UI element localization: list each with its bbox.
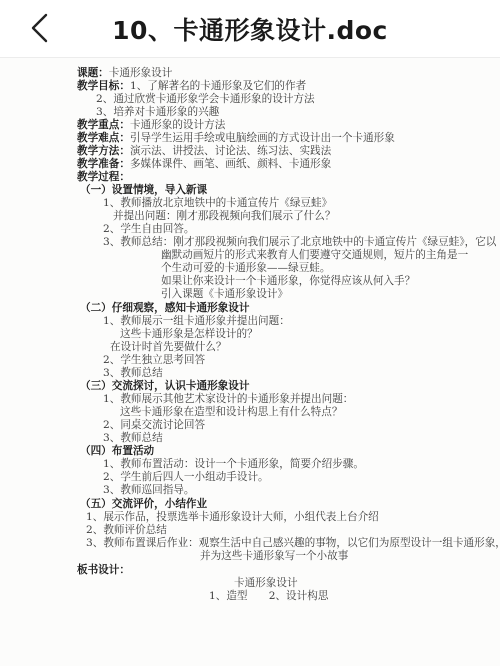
goal-2: 2、通过欣赏卡通形象学会卡通形象的设计方法 (96, 93, 315, 106)
section-5-line: 2、教师评价总结 (86, 524, 167, 537)
goal-3: 3、培养对卡通形象的兴趣 (96, 106, 219, 119)
process-label: 教学过程： (77, 171, 130, 184)
section-3-line: 这些卡通形象在造型和设计构思上有什么特点？ (120, 406, 342, 419)
section-3-heading: （三）交流探讨，认识卡通形象设计 (80, 380, 250, 393)
section-1-line: 并提出问题：刚才那段视频向我们展示了什么？ (113, 210, 335, 223)
key-point-line: 教学重点：卡通形象的设计方法 (77, 119, 225, 132)
section-1-line: 幽默动画短片的形式来教育人们要遵守交通规则，短片的主角是一 (161, 249, 468, 262)
section-2-line: 1、教师展示一组卡通形象并提出问题： (103, 315, 290, 328)
section-1-line: 如果让你来设计一个卡通形象，你觉得应该从何入手？ (161, 275, 415, 288)
board-title: 卡通形象设计 (234, 577, 298, 590)
section-1-heading: （一）设置情境，导入新课 (80, 184, 207, 197)
section-2-heading: （二）仔细观察，感知卡通形象设计 (80, 302, 250, 315)
section-5-heading: （五）交流评价，小结作业 (80, 498, 207, 511)
section-2-line: 3、教师总结 (103, 367, 163, 380)
section-3-line: 3、教师总结 (103, 432, 163, 445)
prep-line: 教学准备：多媒体课件、画笔、画纸、颜料、卡通形象 (77, 158, 331, 171)
section-1-line: 3、教师总结：刚才那段视频向我们展示了北京地铁中的卡通宣传片《绿豆蛙》，它以 (103, 236, 496, 249)
goals-line: 教学目标：1、了解著名的卡通形象及它们的作者 (77, 80, 306, 93)
difficulty-line: 教学难点：引导学生运用手绘或电脑绘画的方式设计出一个卡通形象 (77, 132, 395, 145)
section-1-line: 个生动可爱的卡通形象——绿豆蛙。 (161, 262, 331, 275)
section-3-line: 1、教师展示其他艺术家设计的卡通形象并提出问题： (103, 393, 353, 406)
section-2-line: 在设计时首先要做什么？ (110, 341, 227, 354)
app-header: 10、卡通形象设计.doc (0, 0, 500, 58)
document-page[interactable]: 课题：卡通形象设计 教学目标：1、了解著名的卡通形象及它们的作者 2、通过欣赏卡… (0, 58, 500, 666)
section-1-line: 引入课题《卡通形象设计》 (161, 288, 288, 301)
document-title: 10、卡通形象设计.doc (0, 11, 500, 47)
section-5-line: 并为这些卡通形象写一个小故事 (200, 550, 348, 563)
section-1-line: 1、教师播放北京地铁中的卡通宣传片《绿豆蛙》 (103, 197, 332, 210)
section-4-line: 1、教师布置活动：设计一个卡通形象，简要介绍步骤。 (103, 458, 364, 471)
topic-line: 课题：卡通形象设计 (77, 67, 172, 80)
section-3-line: 2、同桌交流讨论回答 (103, 419, 205, 432)
board-items: 1、造型 2、设计构思 (209, 590, 328, 603)
section-4-line: 2、学生前后四人一小组动手设计。 (103, 471, 269, 484)
section-2-line: 2、学生独立思考回答 (103, 354, 205, 367)
board-design-label: 板书设计： (77, 564, 130, 577)
section-5-line: 1、展示作品，投票选举卡通形象设计大师，小组代表上台介绍 (86, 511, 379, 524)
method-line: 教学方法：演示法、讲授法、讨论法、练习法、实践法 (77, 145, 331, 158)
section-4-heading: （四）布置活动 (80, 445, 154, 458)
section-2-line: 这些卡通形象是怎样设计的？ (120, 328, 258, 341)
section-4-line: 3、教师巡回指导。 (103, 484, 195, 497)
section-5-line: 3、教师布置课后作业：观察生活中自己感兴趣的事物，以它们为原型设计一组卡通形象， (86, 537, 500, 550)
section-1-line: 2、学生自由回答。 (103, 223, 195, 236)
